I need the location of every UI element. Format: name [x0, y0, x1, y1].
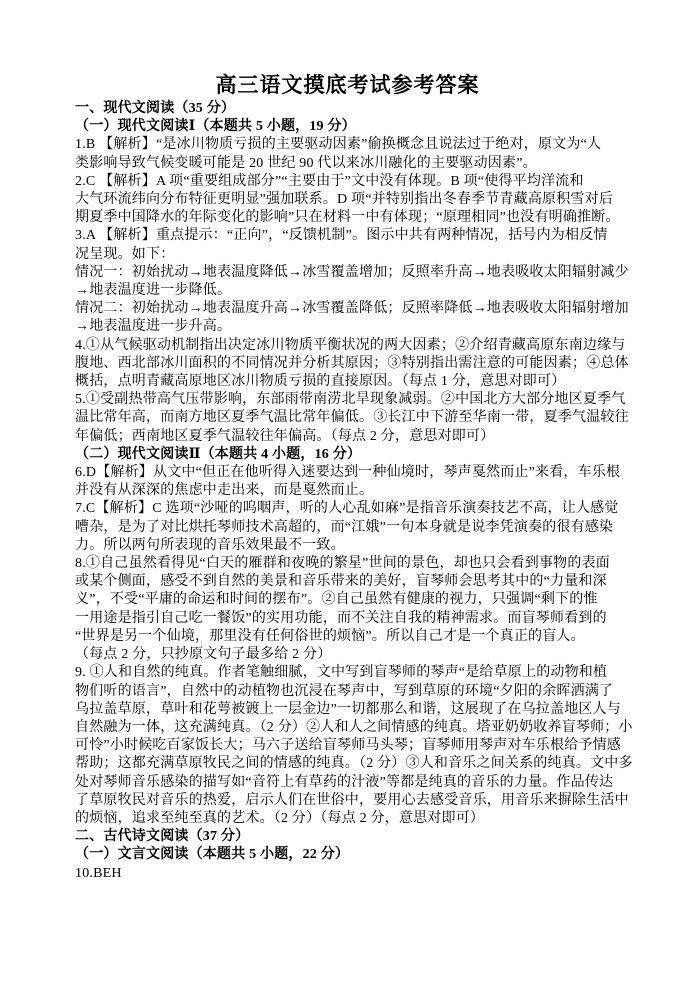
section-heading: 一、现代文阅读（35 分） [75, 100, 635, 118]
text-line: 大气环流纬向分布特征更明显”强加联系。D 项“并特别指出冬春季节青藏高原积雪对后 [75, 191, 635, 209]
text-line: 可怜”小时候吃百家饭长大；马六子送给盲琴师马头琴；盲琴师用琴声对车乐根给予情感 [75, 737, 635, 755]
text-line: 义”，不受“平庸的命运和时间的摆布”。②自己虽然有健康的视力，只强调“剩下的惟 [75, 591, 635, 609]
text-line: 情况二：初始扰动→地表温度升高→冰雪覆盖降低；反照率降低→地表吸收太阳辐射增加 [75, 300, 635, 318]
text-line: 10.BEH [75, 865, 635, 883]
text-line: 处对琴师音乐感染的描写如“音符上有草药的汁液”等都是纯真的音乐的力量。作品传达 [75, 774, 635, 792]
section-heading: （二）现代文阅读Ⅱ（本题共 4 小题，16 分） [75, 446, 635, 464]
document-title: 高三语文摸底考试参考答案 [0, 72, 695, 99]
text-line: 概括，点明青藏高原地区冰川物质亏损的直接原因。（每点 1 分，意思对即可） [75, 373, 635, 391]
document-page: 高三语文摸底考试参考答案 一、现代文阅读（35 分）（一）现代文阅读Ⅰ（本题共 … [0, 0, 695, 982]
text-line: 了草原牧民对音乐的热爱，启示人们在世俗中，要用心去感受音乐，用音乐来摒除生活中 [75, 792, 635, 810]
text-line: 6.D【解析】从文中“但正在他听得入迷要达到一种仙境时，琴声戛然而止”来看，车乐… [75, 464, 635, 482]
text-line: “世界是另一个仙境，那里没有任何俗世的烦恼”。所以自己才是一个真正的盲人。 [75, 628, 635, 646]
text-line: →地表温度进一步升高。 [75, 318, 635, 336]
text-line: 期夏季中国降水的年际变化的影响”只在材料一中有体现；“原理相同”也没有明确推断。 [75, 209, 635, 227]
document-lines: 一、现代文阅读（35 分）（一）现代文阅读Ⅰ（本题共 5 小题，19 分）1.B… [75, 100, 635, 883]
section-heading: （一）文言文阅读（本题共 5 小题，22 分） [75, 846, 635, 864]
text-line: 9. ①人和自然的纯真。作者笔触细腻，文中写到盲琴师的琴声“是给草原上的动物和植 [75, 664, 635, 682]
text-line: 腹地、西北部冰川面积的不同情况并分析其原因；③特别指出需注意的可能因素；④总体 [75, 355, 635, 373]
text-line: 物们听的语言”，自然中的动植物也沉浸在琴声中，写到草原的环境“夕阳的余晖洒满了 [75, 683, 635, 701]
text-line: →地表温度进一步降低。 [75, 282, 635, 300]
text-line: （每点 2 分，只抄原文句子最多给 2 分） [75, 646, 635, 664]
text-line: 力。所以两句所表现的音乐效果最不一致。 [75, 537, 635, 555]
section-heading: （一）现代文阅读Ⅰ（本题共 5 小题，19 分） [75, 118, 635, 136]
text-line: 年偏低；西南地区夏季气温较往年偏高。（每点 2 分，意思对即可） [75, 428, 635, 446]
section-heading: 二、古代诗文阅读（37 分） [75, 828, 635, 846]
text-line: 3.A 【解析】重点提示：“正向”，“反馈机制”。图示中共有两种情况，括号内为相… [75, 227, 635, 245]
text-line: 1.B 【解析】“是冰川物质亏损的主要驱动因素”偷换概念且说法过于绝对，原文为“… [75, 136, 635, 154]
text-line: 或某个侧面，感受不到自然的美景和音乐带来的美好，盲琴师会思考其中的“力量和深 [75, 573, 635, 591]
text-line: 乌拉盖草原，草叶和花萼被镀上一层金边”一切都那么和谐，这展现了在乌拉盖地区人与 [75, 701, 635, 719]
text-line: 的烦恼，追求至纯至真的艺术。（2 分）（每点 2 分，意思对即可） [75, 810, 635, 828]
text-line: 一用途是指引自己吃一餐饭”的实用功能，而不关注自我的精神需求。而盲琴师看到的 [75, 610, 635, 628]
text-line: 并没有从深深的焦虑中走出来，而是戛然而止。 [75, 482, 635, 500]
text-line: 嘈杂，是为了对比烘托琴师技术高超的，而“江娥”一句本身就是说李凭演奏的很有感染 [75, 519, 635, 537]
text-line: 5.①受副热带高气压带影响，东部雨带南涝北旱现象减弱。②中国北方大部分地区夏季气 [75, 391, 635, 409]
text-line: 温比常年高，而南方地区夏季气温比常年偏低。③长江中下游至华南一带，夏季气温较往 [75, 409, 635, 427]
text-line: 情况一：初始扰动→地表温度降低→冰雪覆盖增加；反照率升高→地表吸收太阳辐射减少 [75, 264, 635, 282]
text-line: 类影响导致气候变暖可能是 20 世纪 90 代以来冰川融化的主要驱动因素”。 [75, 155, 635, 173]
text-line: 况呈现。如下： [75, 246, 635, 264]
text-line: 2.C 【解析】A 项“重要组成部分”“主要由于”文中没有体现。B 项“使得平均… [75, 173, 635, 191]
text-line: 8.①自己虽然看得见“白天的雁群和夜晚的繁星”世间的景色，却也只会看到事物的表面 [75, 555, 635, 573]
text-line: 自然融为一体，这充满纯真。（2 分）②人和人之间情感的纯真。塔亚奶奶收养盲琴师；… [75, 719, 635, 737]
text-line: 帮助；这都充满草原牧民之间的情感的纯真。（2 分）③人和音乐之间关系的纯真。文中… [75, 755, 635, 773]
text-line: 7.C【解析】C 选项“沙哑的呜咽声，听的人心乱如麻”是指音乐演奏技艺不高，让人… [75, 500, 635, 518]
text-line: 4.①从气候驱动机制指出决定冰川物质平衡状况的两大因素；②介绍青藏高原东南边缘与 [75, 337, 635, 355]
